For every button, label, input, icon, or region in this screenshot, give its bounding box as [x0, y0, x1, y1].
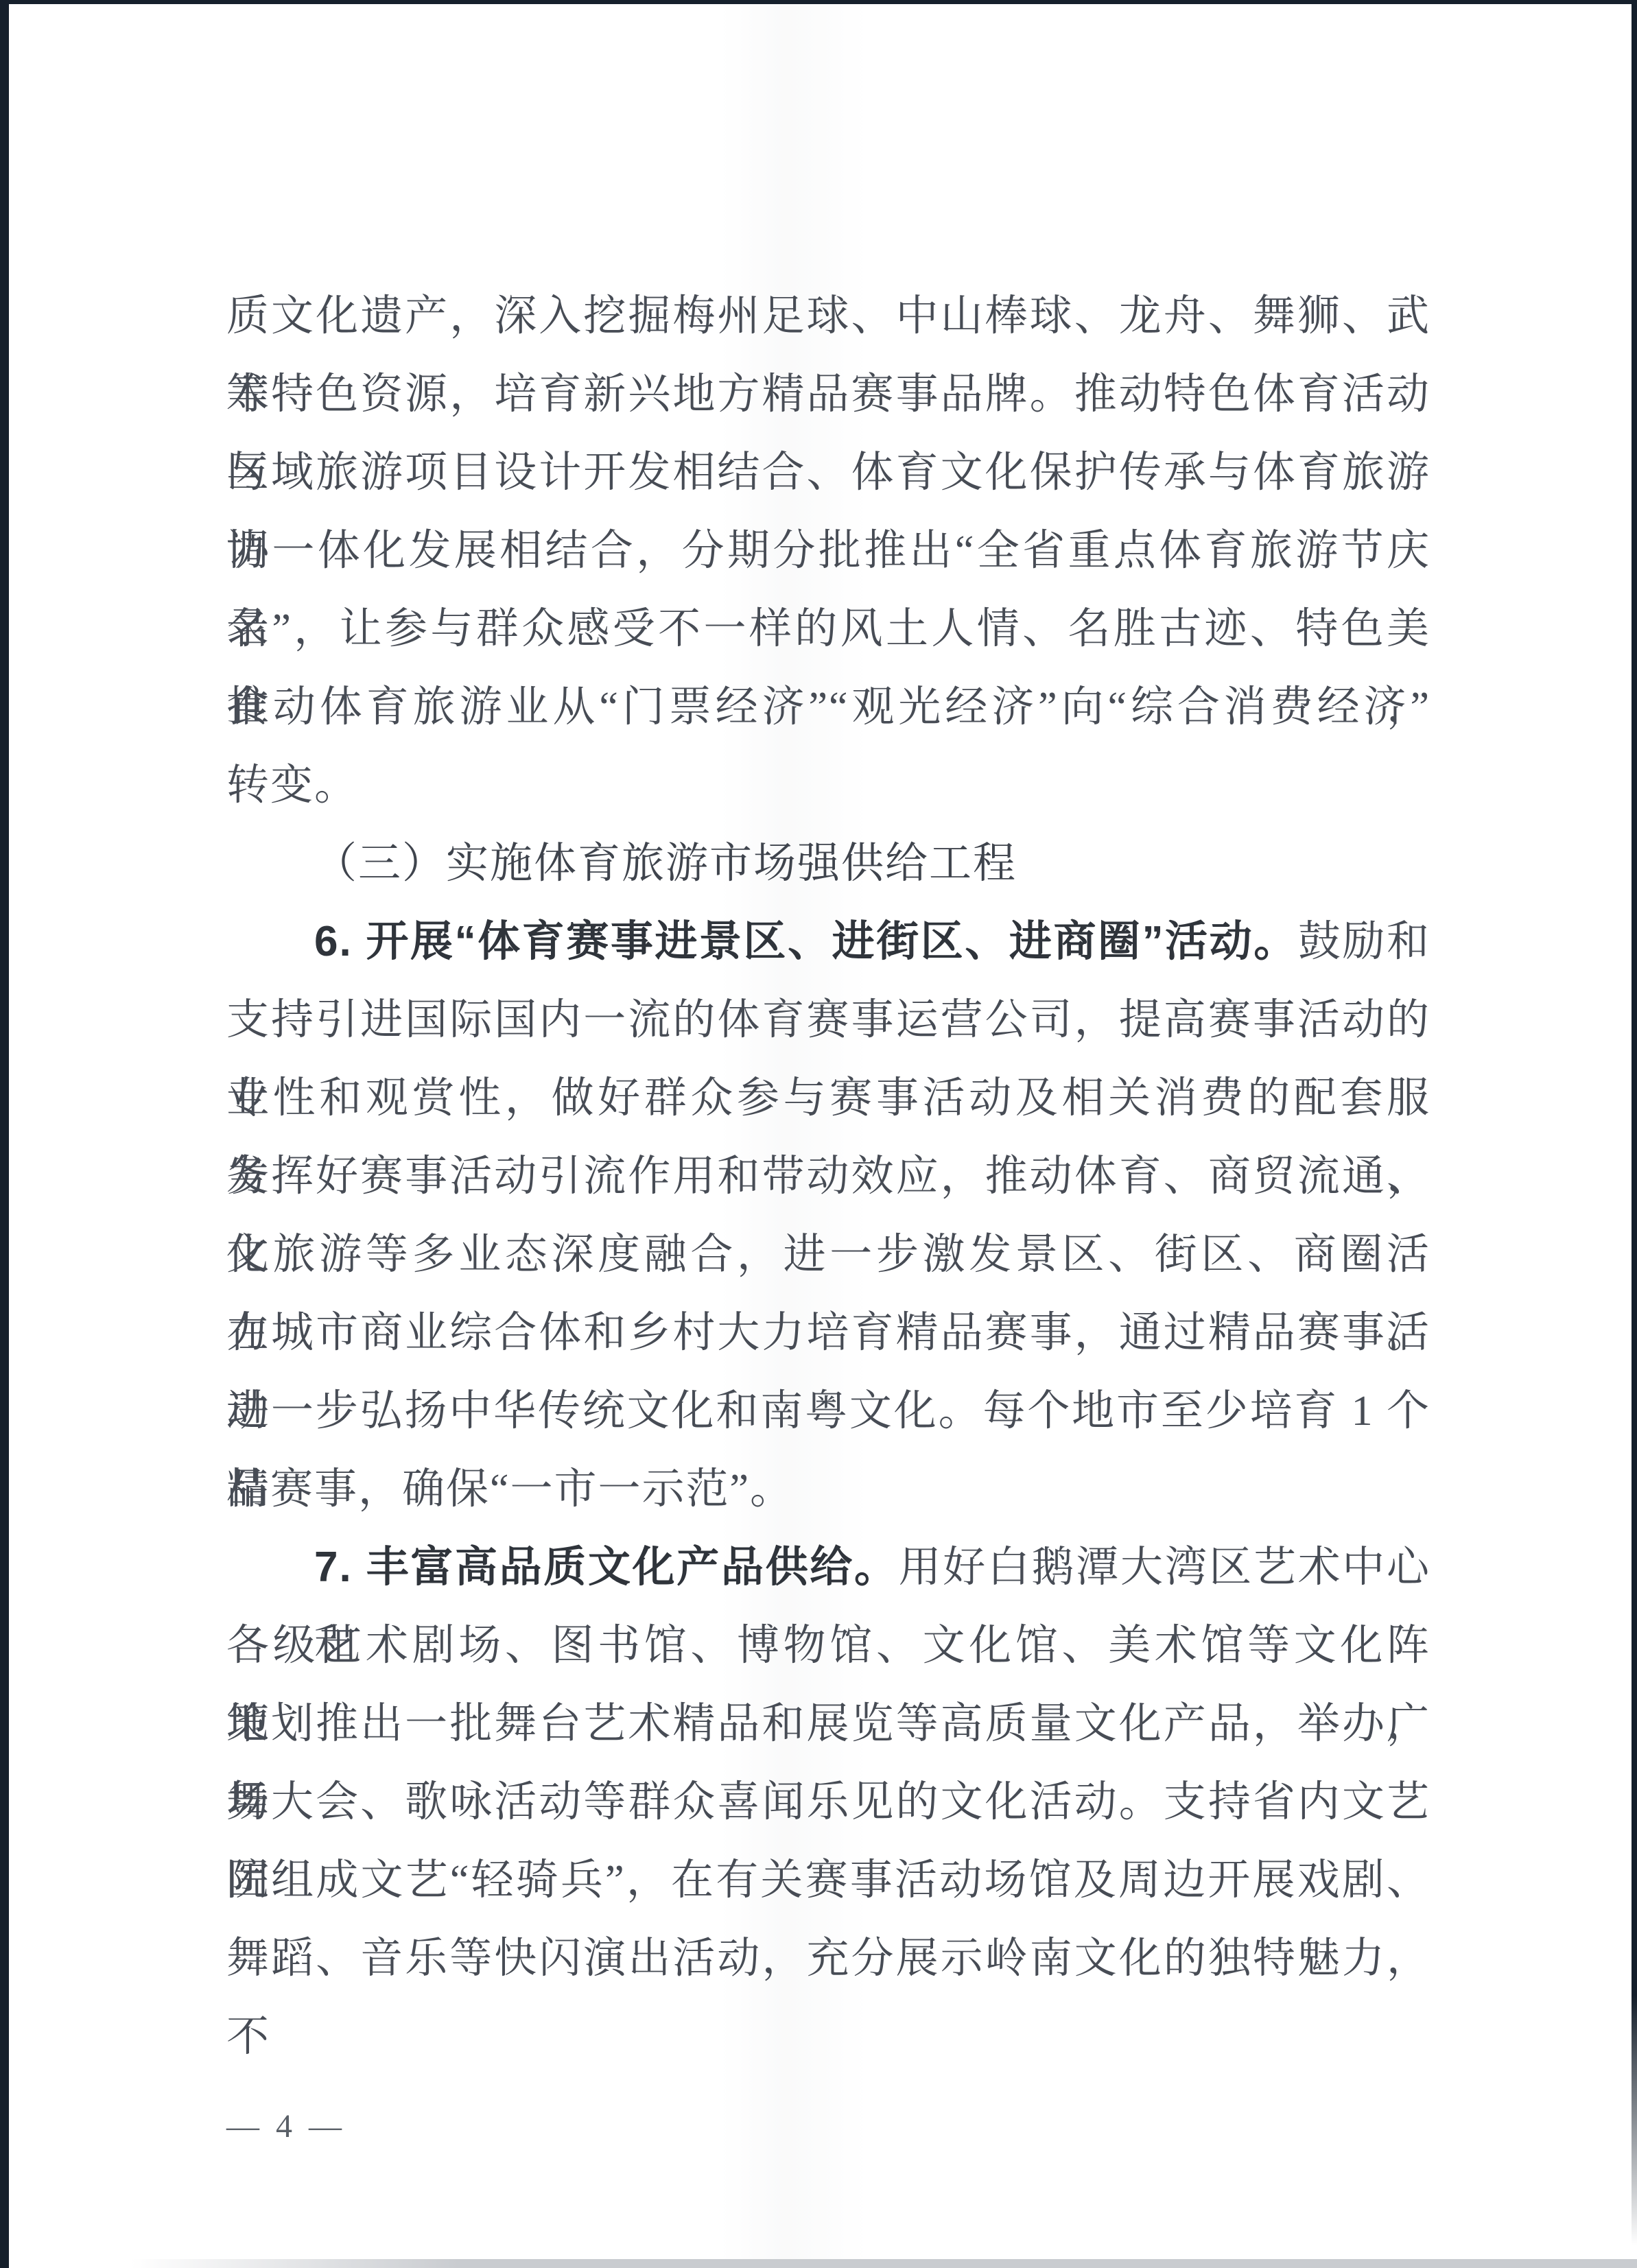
text-line: 转变。 — [226, 746, 1430, 825]
text-line: 各级艺术剧场、图书馆、博物馆、文化馆、美术馆等文化阵地， — [226, 1607, 1430, 1685]
text-line: 推动体育旅游业从“门票经济”“观光经济”向“综合消费经济” — [226, 668, 1430, 746]
bold-text-segment: 6. 开展“体育赛事进景区、进街区、进商圈”活动。 — [314, 918, 1298, 965]
text-line: 舞蹈、音乐等快闪演出活动，充分展示岭南文化的独特魅力，不 — [226, 1919, 1430, 1998]
text-line: 支持引进国际国内一流的体育赛事运营公司，提高赛事活动的专 — [226, 981, 1430, 1059]
text-segment: 团组成文艺“轻骑兵”，在有关赛事活动场馆及周边开展戏剧、 — [226, 1857, 1430, 1904]
scanned-document-page: 质文化遗产，深入挖掘梅州足球、中山棒球、龙舟、舞狮、武术等特色资源，培育新兴地方… — [0, 0, 1637, 2268]
page-edge-left — [0, 0, 9, 2268]
text-segment: 转变。 — [226, 762, 358, 809]
text-line: 质文化遗产，深入挖掘梅州足球、中山棒球、龙舟、舞狮、武术 — [226, 277, 1430, 355]
text-line: 团组成文艺“轻骑兵”，在有关赛事活动场馆及周边开展戏剧、 — [226, 1841, 1430, 1919]
text-line: 6. 开展“体育赛事进景区、进街区、进商圈”活动。鼓励和 — [226, 903, 1430, 981]
text-line: （三）实施体育旅游市场强供给工程 — [226, 825, 1430, 903]
text-line: 化旅游等多业态深度融合，进一步激发景区、街区、商圈活力。 — [226, 1216, 1430, 1294]
page-edge-bottom — [0, 2259, 1637, 2268]
text-segment: 鼓励和 — [1298, 919, 1430, 965]
text-line: 录”，让参与群众感受不一样的风土人情、名胜古迹、特色美食， — [226, 590, 1430, 668]
text-segment: 舞蹈、音乐等快闪演出活动，充分展示岭南文化的独特魅力，不 — [226, 1935, 1430, 2060]
page-edge-right — [1632, 0, 1637, 2268]
text-line: 在城市商业综合体和乡村大力培育精品赛事，通过精品赛事活动 — [226, 1294, 1430, 1372]
text-line: 调一体化发展相结合，分期分批推出“全省重点体育旅游节庆名 — [226, 512, 1430, 590]
text-segment: 品赛事，确保“一市一示范”。 — [226, 1466, 794, 1513]
text-line: 策划推出一批舞台艺术精品和展览等高质量文化产品，举办广场 — [226, 1685, 1430, 1763]
text-line: 发挥好赛事活动引流作用和带动效应，推动体育、商贸流通、文 — [226, 1137, 1430, 1216]
text-line: 品赛事，确保“一市一示范”。 — [226, 1450, 1430, 1528]
bold-text-segment: 7. 丰富高品质文化产品供给。 — [314, 1544, 899, 1591]
text-line: 区域旅游项目设计开发相结合、体育文化保护传承与体育旅游协 — [226, 434, 1430, 512]
text-line: 业性和观赏性，做好群众参与赛事活动及相关消费的配套服务， — [226, 1059, 1430, 1137]
text-line: 舞大会、歌咏活动等群众喜闻乐见的文化活动。支持省内文艺院 — [226, 1763, 1430, 1841]
text-segment: 推动体育旅游业从“门票经济”“观光经济”向“综合消费经济” — [226, 684, 1430, 731]
document-body: 质文化遗产，深入挖掘梅州足球、中山棒球、龙舟、舞狮、武术等特色资源，培育新兴地方… — [226, 277, 1430, 1998]
text-line: 等特色资源，培育新兴地方精品赛事品牌。推动特色体育活动与 — [226, 355, 1430, 434]
page-edge-top — [0, 0, 1637, 4]
text-line: 进一步弘扬中华传统文化和南粤文化。每个地市至少培育 1 个精 — [226, 1372, 1430, 1450]
page-number: — 4 — — [226, 2107, 346, 2145]
text-line: 7. 丰富高品质文化产品供给。用好白鹅潭大湾区艺术中心和 — [226, 1528, 1430, 1607]
text-segment: （三）实施体育旅游市场强供给工程 — [314, 840, 1017, 887]
